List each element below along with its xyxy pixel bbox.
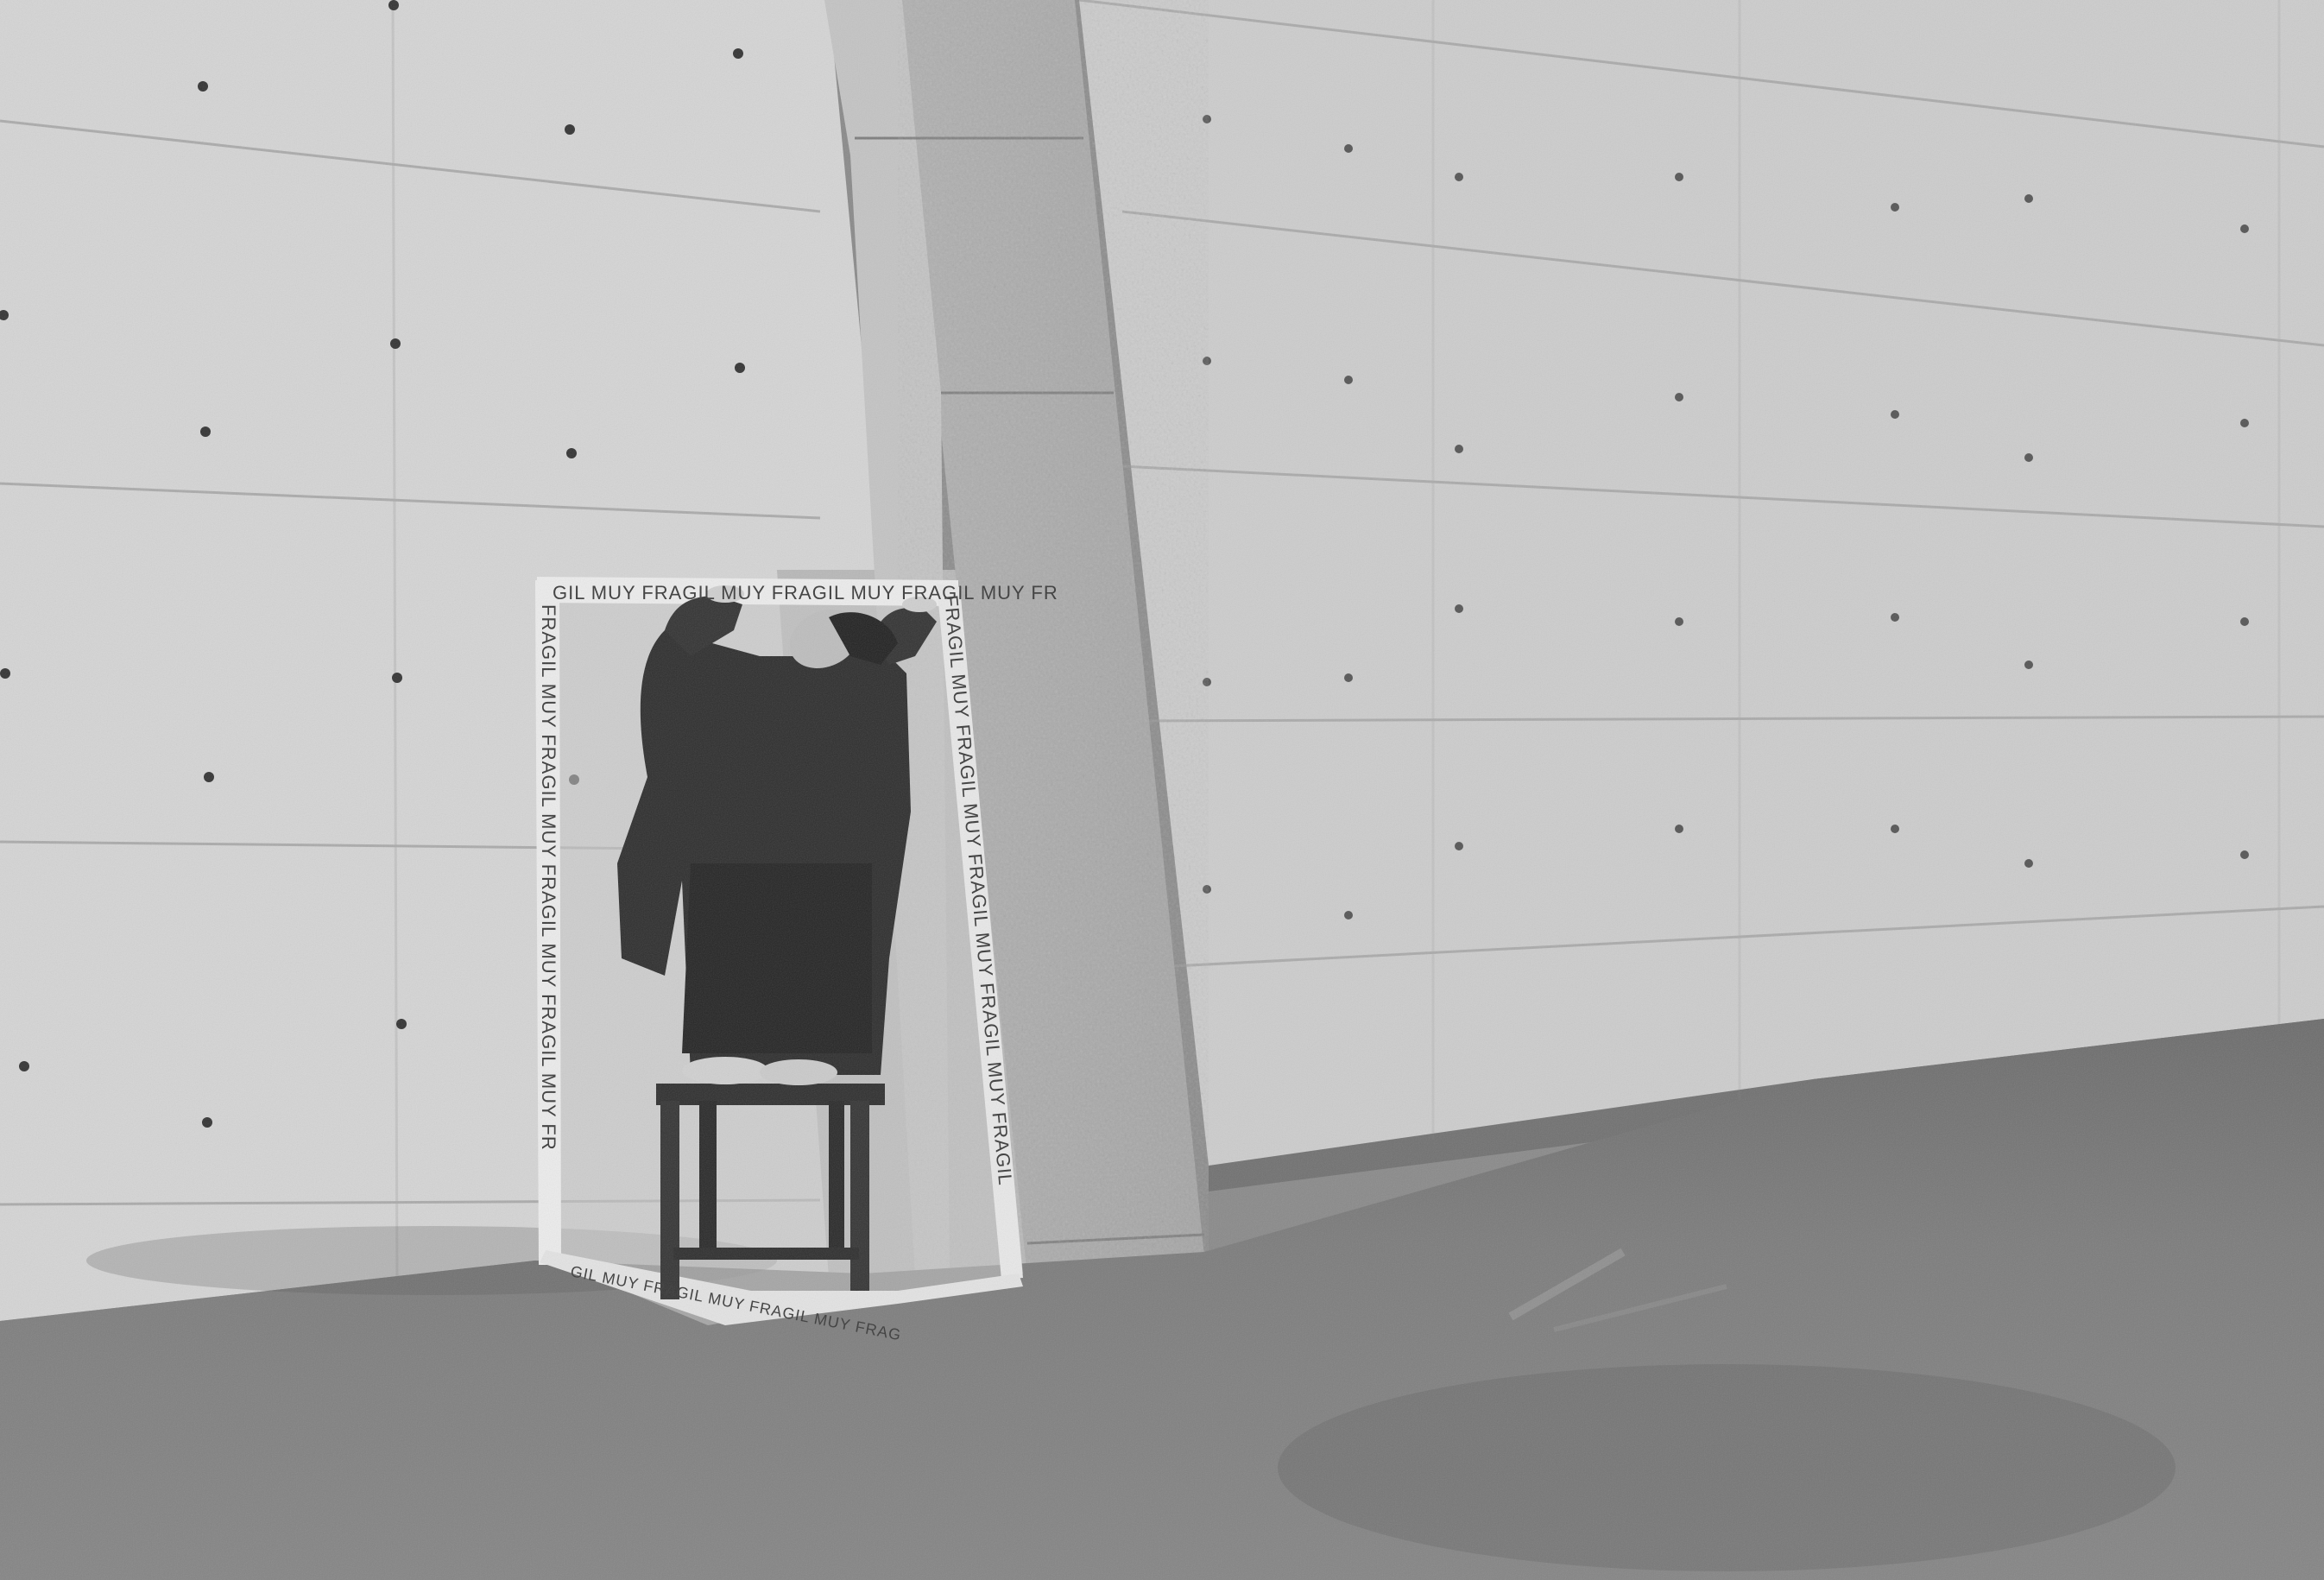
photo-canvas: GIL MUY FRAGIL MUY FRAGIL MUY FRAGIL MUY…	[0, 0, 2324, 1580]
photograph: GIL MUY FRAGIL MUY FRAGIL MUY FRAGIL MUY…	[0, 0, 2324, 1580]
film-grain	[0, 0, 2324, 1580]
